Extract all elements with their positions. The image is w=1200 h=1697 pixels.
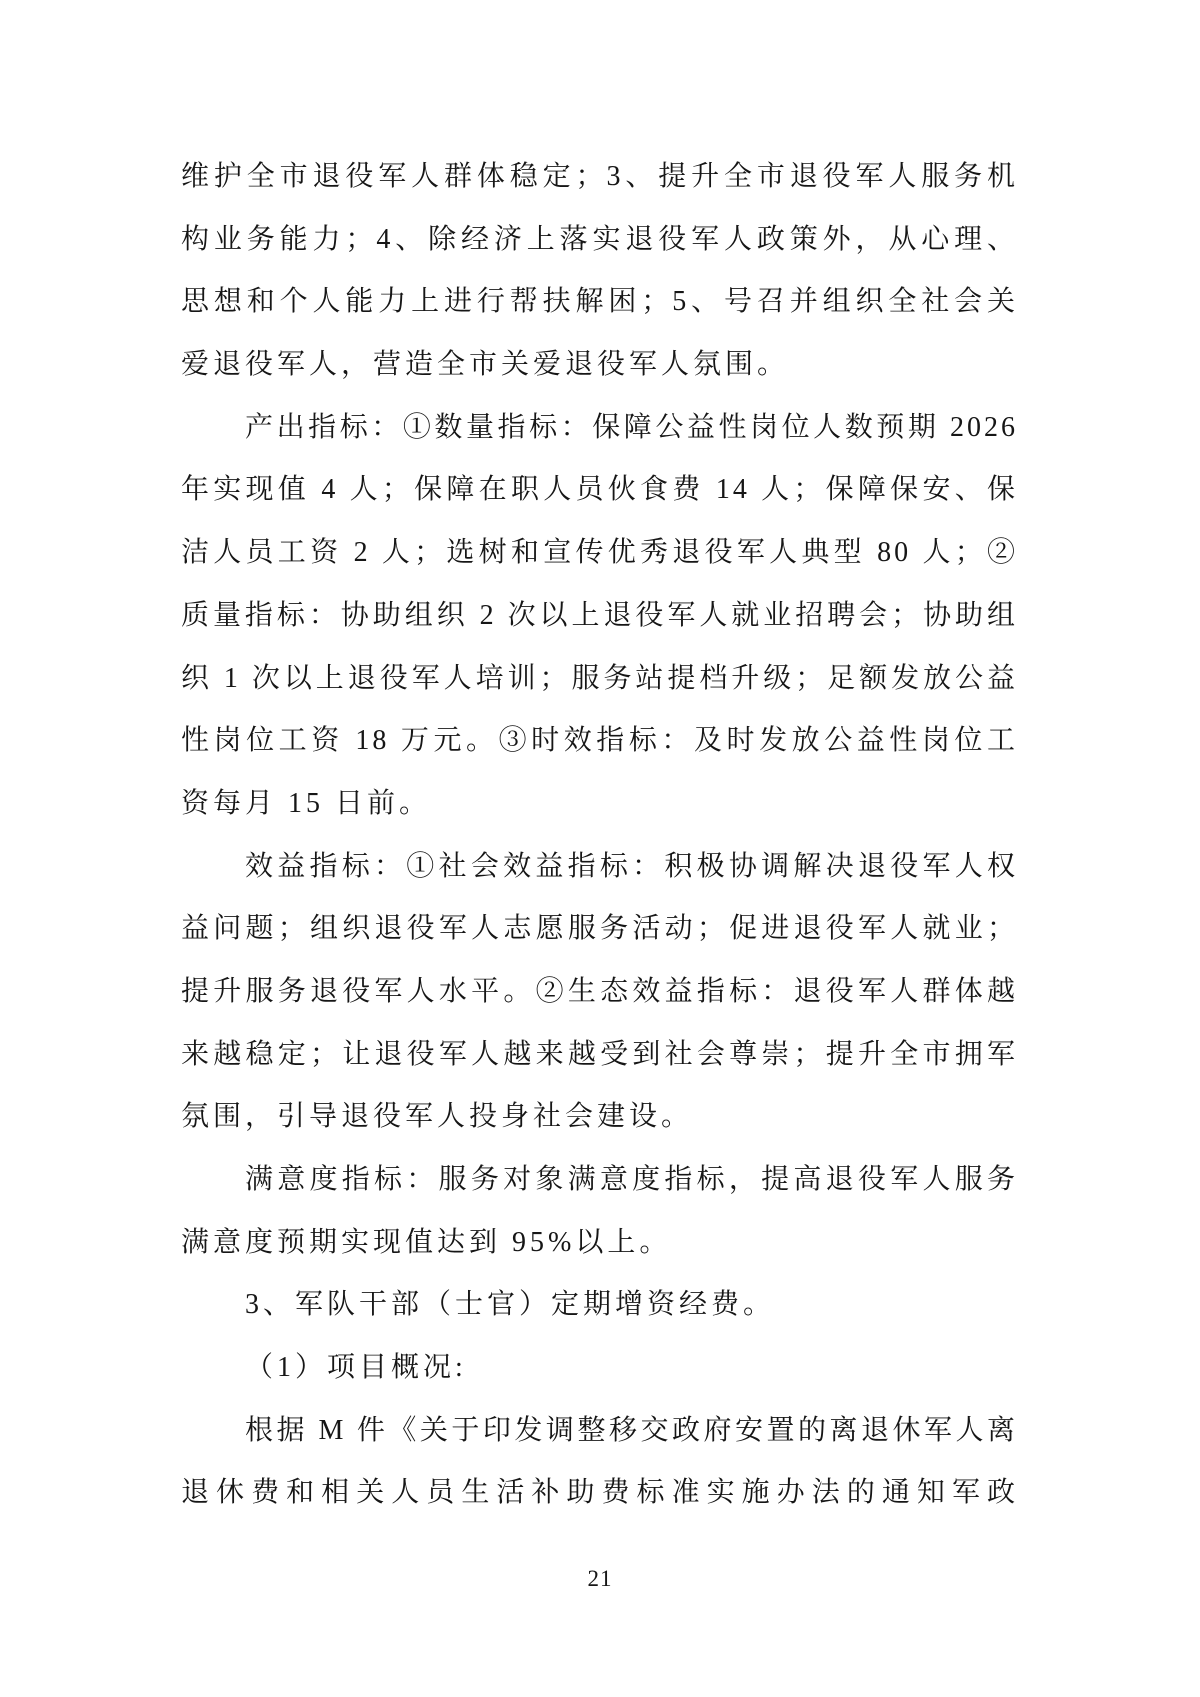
text-line: 氛围，引导退役军人投身社会建设。 (181, 1086, 1018, 1149)
text-line: 来越稳定；让退役军人越来越受到社会尊崇；提升全市拥军 (181, 1024, 1018, 1087)
text-line: 思想和个人能力上进行帮扶解困；5、号召并组织全社会关 (181, 271, 1018, 334)
text-line: （1）项目概况: (181, 1337, 1018, 1400)
text-line: 质量指标：协助组织 2 次以上退役军人就业招聘会；协助组 (181, 585, 1018, 648)
text-line: 满意度指标：服务对象满意度指标，提高退役军人服务 (181, 1149, 1018, 1212)
text-line: 维护全市退役军人群体稳定；3、提升全市退役军人服务机 (181, 146, 1018, 209)
document-page: 维护全市退役军人群体稳定；3、提升全市退役军人服务机构业务能力；4、除经济上落实… (0, 0, 1200, 1697)
text-line: 提升服务退役军人水平。②生态效益指标：退役军人群体越 (181, 961, 1018, 1024)
text-line: 3、军队干部（士官）定期增资经费。 (181, 1274, 1018, 1337)
text-line: 益问题；组织退役军人志愿服务活动；促进退役军人就业； (181, 898, 1018, 961)
text-line: 效益指标：①社会效益指标：积极协调解决退役军人权 (181, 836, 1018, 899)
text-line: 年实现值 4 人；保障在职人员伙食费 14 人；保障保安、保 (181, 459, 1018, 522)
text-line: 构业务能力；4、除经济上落实退役军人政策外，从心理、 (181, 209, 1018, 272)
text-line: 爱退役军人，营造全市关爱退役军人氛围。 (181, 334, 1018, 397)
text-line: 织 1 次以上退役军人培训；服务站提档升级；足额发放公益 (181, 648, 1018, 711)
text-line: 满意度预期实现值达到 95%以上。 (181, 1212, 1018, 1275)
text-line: 产出指标：①数量指标：保障公益性岗位人数预期 2026 (181, 397, 1018, 460)
page-number: 21 (0, 1566, 1200, 1592)
text-line: 洁人员工资 2 人；选树和宣传优秀退役军人典型 80 人；② (181, 522, 1018, 585)
text-line: 资每月 15 日前。 (181, 773, 1018, 836)
text-line: 退休费和相关人员生活补助费标准实施办法的通知军政 (181, 1462, 1018, 1525)
text-line: 根据 M 件《关于印发调整移交政府安置的离退休军人离 (181, 1400, 1018, 1463)
text-line: 性岗位工资 18 万元。③时效指标：及时发放公益性岗位工 (181, 710, 1018, 773)
text-block: 维护全市退役军人群体稳定；3、提升全市退役军人服务机构业务能力；4、除经济上落实… (181, 146, 1018, 1525)
